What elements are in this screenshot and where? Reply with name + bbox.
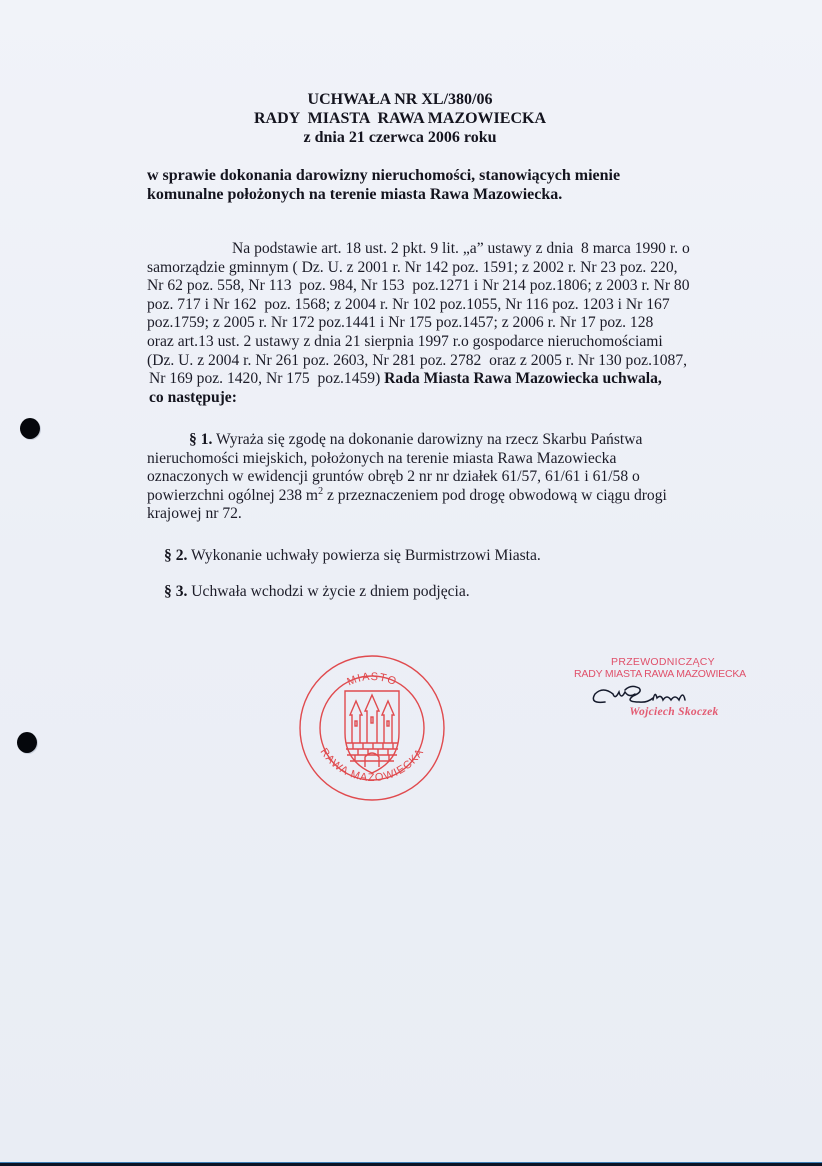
- section-line: krajowej nr 72.: [147, 505, 717, 524]
- signatory-body: RADY MIASTA RAWA MAZOWIECKA: [547, 668, 773, 680]
- council-resolves: Rada Miasta Rawa Mazowiecka uchwala,: [384, 370, 662, 387]
- section-text: z przeznaczeniem pod drogę obwodową w ci…: [323, 487, 667, 504]
- section-3: § 3. Uchwała wchodzi w życie z dniem pod…: [164, 583, 470, 602]
- section-text: powierzchni ogólnej 238 m: [147, 487, 318, 504]
- preamble-line: poz. 717 i Nr 162 poz. 1568; z 2004 r. N…: [147, 296, 717, 315]
- resolution-subject: w sprawie dokonania darowizny nieruchomo…: [147, 166, 707, 204]
- seal-bottom-text: RAWA MAZOWIECKA: [318, 746, 427, 784]
- legal-basis-paragraph: Na podstawie art. 18 ust. 2 pkt. 9 lit. …: [147, 240, 717, 407]
- as-follows: co następuje:: [149, 389, 237, 406]
- city-seal-stamp: MIASTO RAWA MAZOWIECKA: [297, 653, 447, 803]
- section-2: § 2. Wykonanie uchwały powierza się Burm…: [164, 547, 541, 566]
- handwritten-signature: [553, 682, 773, 708]
- punch-hole: [17, 732, 37, 753]
- section-line: oznaczonych w ewidencji gruntów obręb 2 …: [147, 468, 717, 487]
- resolution-date: z dnia 21 czerwca 2006 roku: [200, 128, 600, 147]
- section-line: powierzchni ogólnej 238 m2 z przeznaczen…: [147, 487, 717, 506]
- preamble-text: Nr 169 poz. 1420, Nr 175 poz.1459): [149, 370, 384, 387]
- resolution-title: UCHWAŁA NR XL/380/06 RADY MIASTA RAWA MA…: [200, 90, 600, 147]
- preamble-line: oraz art.13 ust. 2 ustawy z dnia 21 sier…: [147, 333, 717, 352]
- seal-emblem-icon: MIASTO RAWA MAZOWIECKA: [297, 653, 447, 803]
- preamble-line: (Dz. U. z 2004 r. Nr 261 poz. 2603, Nr 2…: [147, 352, 717, 371]
- subject-line: w sprawie dokonania darowizny nieruchomo…: [147, 166, 707, 185]
- section-line: nieruchomości miejskich, położonych na t…: [147, 450, 717, 469]
- resolution-number: UCHWAŁA NR XL/380/06: [200, 90, 600, 109]
- section-1: § 1. Wyraża się zgodę na dokonanie darow…: [147, 431, 717, 524]
- preamble-line: samorządzie gminnym ( Dz. U. z 2001 r. N…: [147, 259, 717, 278]
- preamble-line: Nr 62 poz. 558, Nr 113 poz. 984, Nr 153 …: [147, 277, 717, 296]
- council-name: RADY MIASTA RAWA MAZOWIECKA: [200, 109, 600, 128]
- section-line: § 1. Wyraża się zgodę na dokonanie darow…: [147, 431, 717, 450]
- punch-hole: [20, 418, 40, 439]
- chairman-signature-block: PRZEWODNICZĄCY RADY MIASTA RAWA MAZOWIEC…: [553, 656, 773, 718]
- section-text: Uchwała wchodzi w życie z dniem podjęcia…: [187, 583, 469, 600]
- signature-scribble-icon: [553, 682, 773, 708]
- preamble-line: co następuje:: [147, 389, 717, 408]
- section-label: § 1.: [189, 431, 212, 448]
- preamble-line: Nr 169 poz. 1420, Nr 175 poz.1459) Rada …: [147, 370, 717, 389]
- preamble-line: poz.1759; z 2005 r. Nr 172 poz.1441 i Nr…: [147, 314, 717, 333]
- signatory-title: PRZEWODNICZĄCY: [553, 656, 773, 668]
- scanner-edge: [0, 1162, 822, 1166]
- preamble-line: Na podstawie art. 18 ust. 2 pkt. 9 lit. …: [147, 240, 717, 259]
- section-text: Wyraża się zgodę na dokonanie darowizny …: [212, 431, 642, 448]
- section-text: Wykonanie uchwały powierza się Burmistrz…: [187, 547, 540, 564]
- subject-line: komunalne położonych na terenie miasta R…: [147, 185, 707, 204]
- section-label: § 2.: [164, 547, 187, 564]
- seal-top-text: MIASTO: [345, 671, 398, 689]
- section-label: § 3.: [164, 583, 187, 600]
